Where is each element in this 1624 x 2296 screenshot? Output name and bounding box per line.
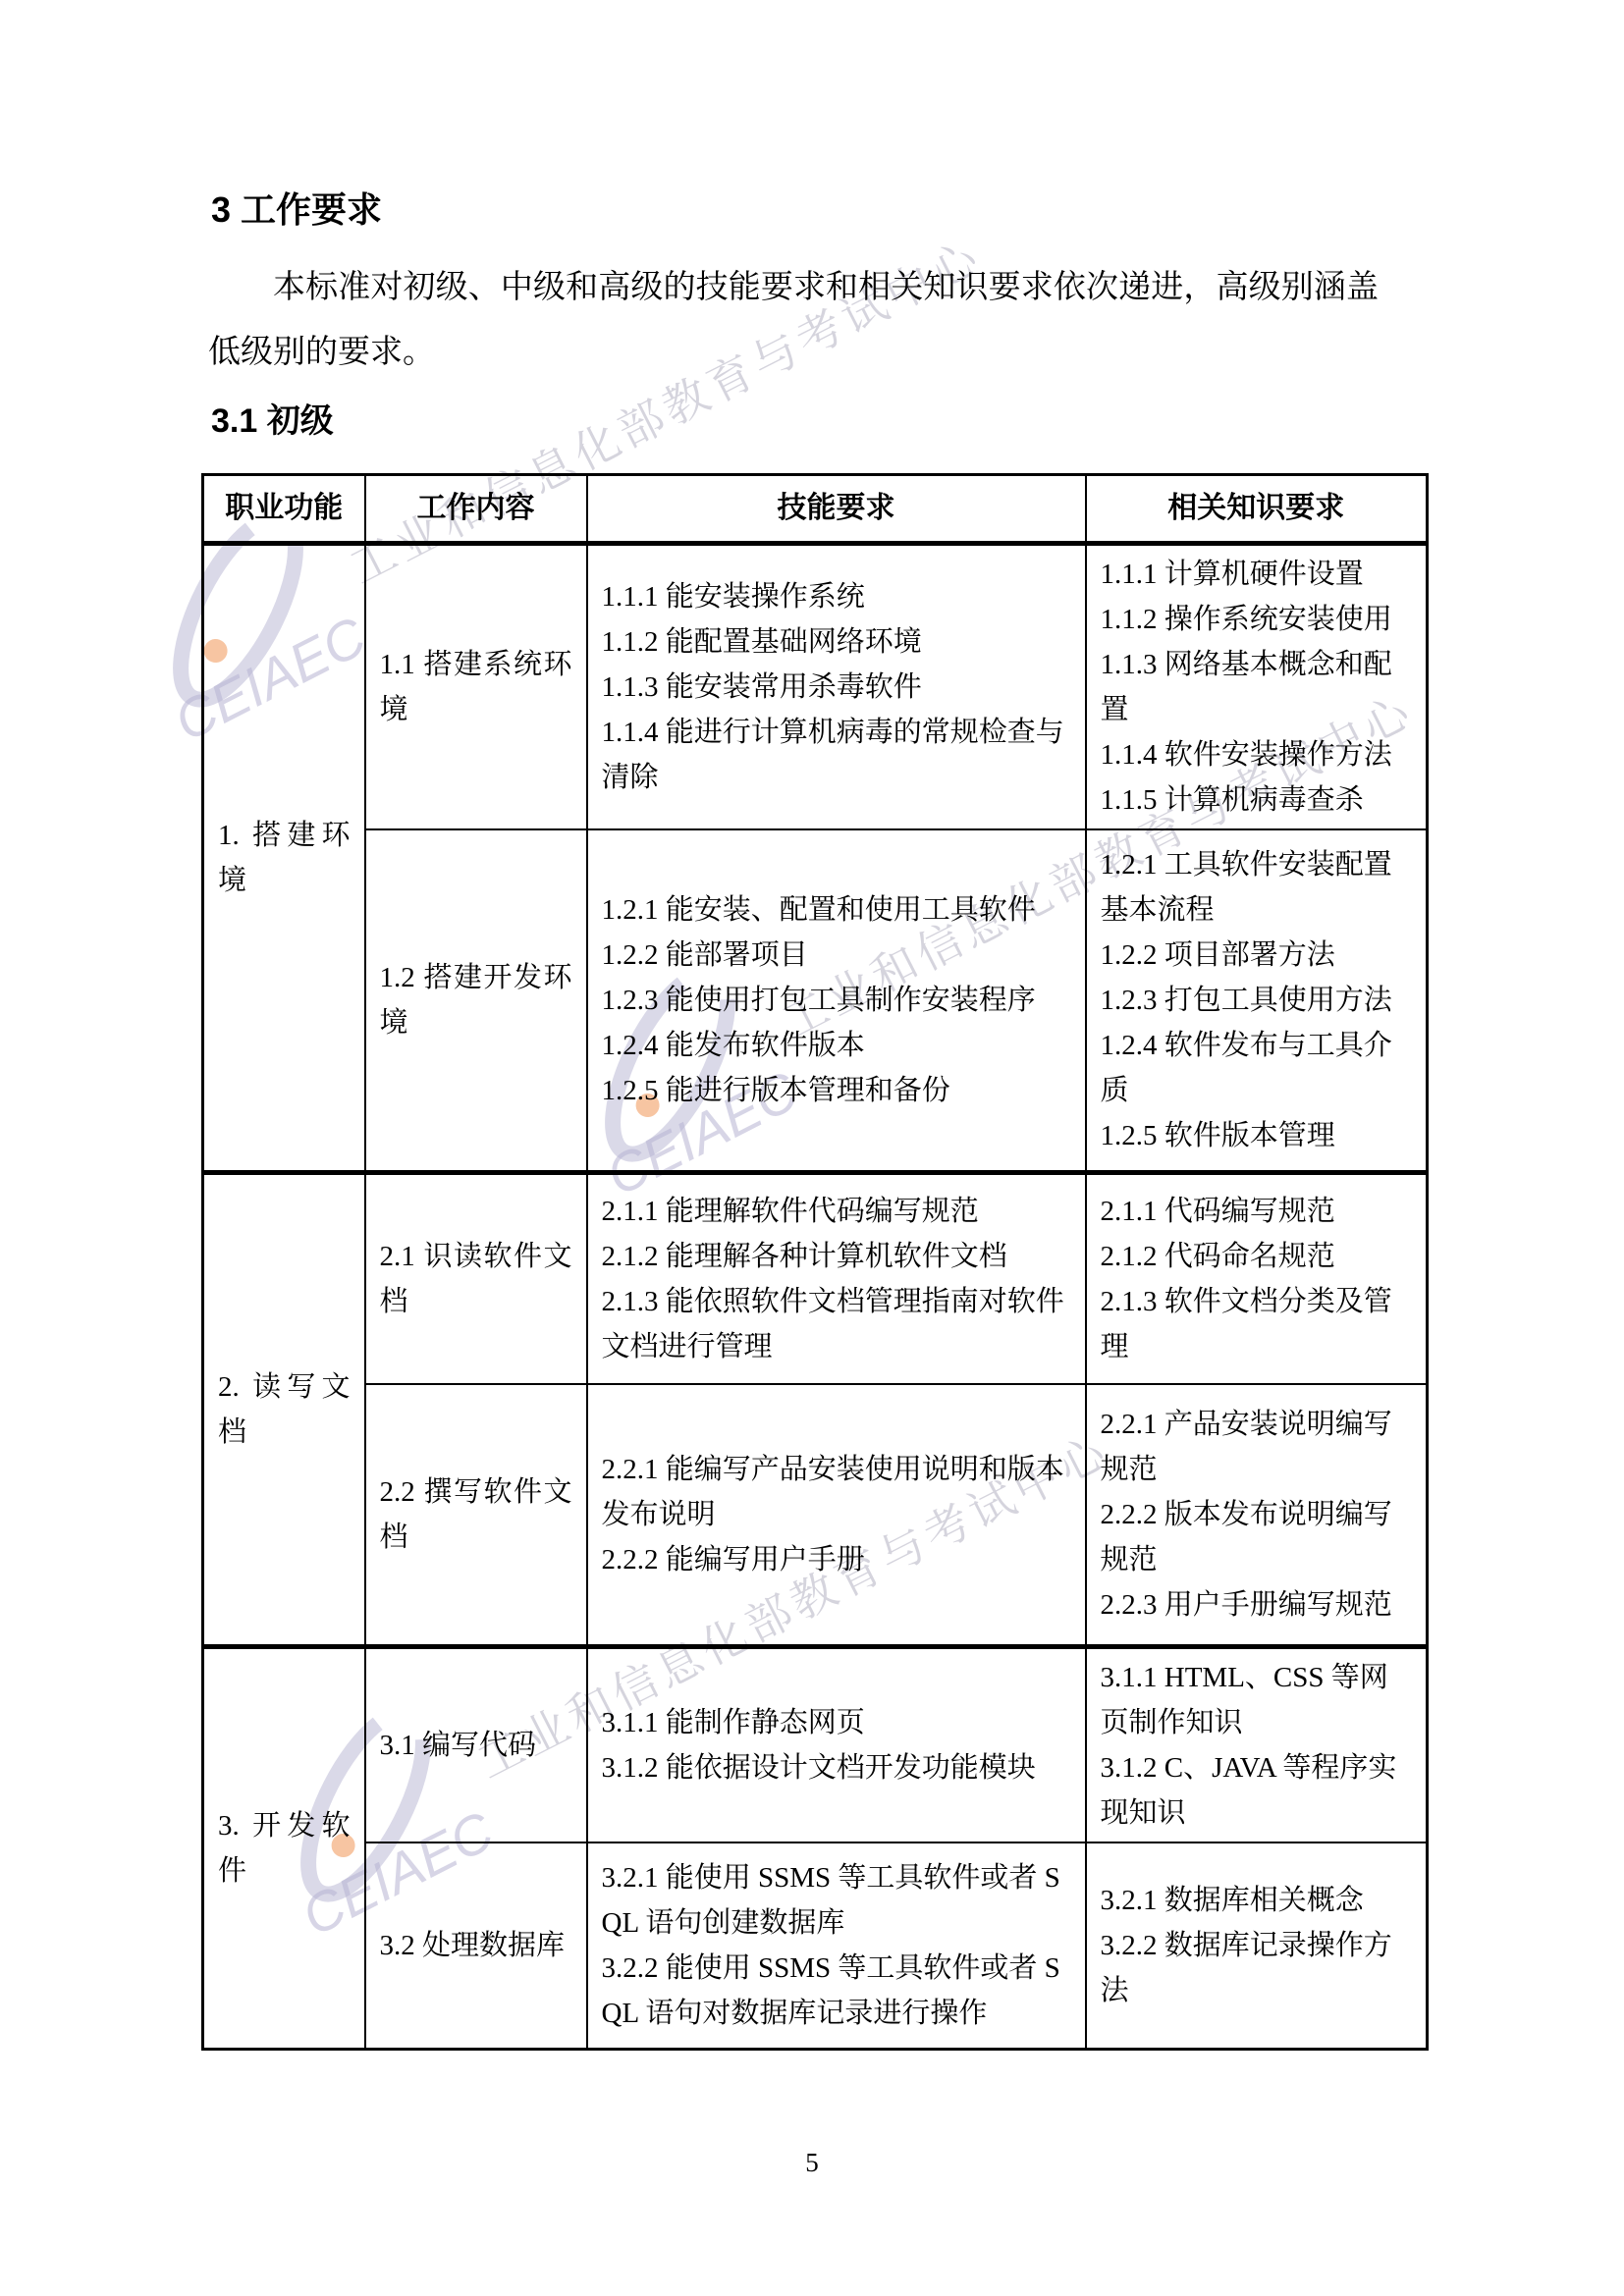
table-row: 3.2 处理数据库3.2.1 能使用 SSMS 等工具软件或者 SQL 语句创建… bbox=[203, 1842, 1428, 2050]
intro-paragraph: 本标准对初级、中级和高级的技能要求和相关知识要求依次递进，高级别涵盖低级别的要求… bbox=[208, 255, 1379, 385]
col-header-knowledge: 相关知识要求 bbox=[1086, 475, 1428, 544]
skill-cell: 2.1.1 能理解软件代码编写规范2.1.2 能理解各种计算机软件文档2.1.3… bbox=[587, 1173, 1086, 1385]
knowledge-item: 1.1.3 网络基本概念和配置 bbox=[1101, 642, 1413, 732]
skill-item: 2.2.1 能编写产品安装使用说明和版本发布说明 bbox=[602, 1447, 1071, 1537]
knowledge-cell: 2.1.1 代码编写规范2.1.2 代码命名规范2.1.3 软件文档分类及管理 bbox=[1086, 1173, 1428, 1385]
knowledge-item: 2.2.2 版本发布说明编写规范 bbox=[1101, 1492, 1413, 1582]
skill-item: 1.2.4 能发布软件版本 bbox=[602, 1023, 1071, 1068]
knowledge-cell: 1.1.1 计算机硬件设置1.1.2 操作系统安装使用1.1.3 网络基本概念和… bbox=[1086, 544, 1428, 830]
knowledge-item: 1.2.3 打包工具使用方法 bbox=[1101, 978, 1413, 1023]
knowledge-item: 2.2.3 用户手册编写规范 bbox=[1101, 1582, 1413, 1628]
knowledge-item: 1.1.1 计算机硬件设置 bbox=[1101, 552, 1413, 597]
skill-item: 3.1.1 能制作静态网页 bbox=[602, 1700, 1071, 1745]
knowledge-item: 1.1.5 计算机病毒查杀 bbox=[1101, 777, 1413, 823]
knowledge-item: 1.1.2 操作系统安装使用 bbox=[1101, 597, 1413, 642]
knowledge-item: 1.2.4 软件发布与工具介质 bbox=[1101, 1023, 1413, 1113]
work-content-cell: 1.2 搭建开发环境 bbox=[365, 829, 587, 1173]
subsection-heading: 3.1 初级 bbox=[211, 400, 334, 442]
skill-item: 1.2.5 能进行版本管理和备份 bbox=[602, 1068, 1071, 1113]
skill-item: 1.1.3 能安装常用杀毒软件 bbox=[602, 665, 1071, 710]
knowledge-item: 2.1.3 软件文档分类及管理 bbox=[1101, 1279, 1413, 1369]
knowledge-item: 3.1.1 HTML、CSS 等网页制作知识 bbox=[1101, 1655, 1413, 1745]
work-content-cell: 3.2 处理数据库 bbox=[365, 1842, 587, 2050]
function-cell: 2. 读写文档 bbox=[203, 1173, 365, 1647]
page-number: 5 bbox=[0, 2148, 1624, 2178]
knowledge-cell: 1.2.1 工具软件安装配置基本流程1.2.2 项目部署方法1.2.3 打包工具… bbox=[1086, 829, 1428, 1173]
knowledge-item: 2.2.1 产品安装说明编写规范 bbox=[1101, 1402, 1413, 1492]
knowledge-item: 3.2.1 数据库相关概念 bbox=[1101, 1878, 1413, 1923]
work-content-cell: 1.1 搭建系统环境 bbox=[365, 544, 587, 830]
col-header-skills: 技能要求 bbox=[587, 475, 1086, 544]
knowledge-cell: 2.2.1 产品安装说明编写规范2.2.2 版本发布说明编写规范2.2.3 用户… bbox=[1086, 1384, 1428, 1647]
table-header-row: 职业功能 工作内容 技能要求 相关知识要求 bbox=[203, 475, 1428, 544]
skill-item: 2.2.2 能编写用户手册 bbox=[602, 1537, 1071, 1582]
skill-cell: 2.2.1 能编写产品安装使用说明和版本发布说明2.2.2 能编写用户手册 bbox=[587, 1384, 1086, 1647]
knowledge-item: 1.1.4 软件安装操作方法 bbox=[1101, 732, 1413, 777]
skill-item: 3.2.1 能使用 SSMS 等工具软件或者 SQL 语句创建数据库 bbox=[602, 1855, 1071, 1946]
skill-item: 3.2.2 能使用 SSMS 等工具软件或者 SQL 语句对数据库记录进行操作 bbox=[602, 1946, 1071, 2036]
requirements-table: 职业功能 工作内容 技能要求 相关知识要求 1. 搭建环境1.1 搭建系统环境1… bbox=[201, 473, 1429, 2051]
skill-cell: 1.2.1 能安装、配置和使用工具软件1.2.2 能部署项目1.2.3 能使用打… bbox=[587, 829, 1086, 1173]
knowledge-item: 1.2.5 软件版本管理 bbox=[1101, 1113, 1413, 1158]
knowledge-item: 3.1.2 C、JAVA 等程序实现知识 bbox=[1101, 1745, 1413, 1836]
knowledge-item: 2.1.2 代码命名规范 bbox=[1101, 1234, 1413, 1279]
skill-item: 1.2.1 能安装、配置和使用工具软件 bbox=[602, 887, 1071, 933]
skill-item: 2.1.3 能依照软件文档管理指南对软件文档进行管理 bbox=[602, 1279, 1071, 1369]
skill-item: 2.1.1 能理解软件代码编写规范 bbox=[602, 1189, 1071, 1234]
skill-cell: 3.2.1 能使用 SSMS 等工具软件或者 SQL 语句创建数据库3.2.2 … bbox=[587, 1842, 1086, 2050]
table-row: 1. 搭建环境1.1 搭建系统环境1.1.1 能安装操作系统1.1.2 能配置基… bbox=[203, 544, 1428, 830]
table-row: 2.2 撰写软件文档2.2.1 能编写产品安装使用说明和版本发布说明2.2.2 … bbox=[203, 1384, 1428, 1647]
table-row: 1.2 搭建开发环境1.2.1 能安装、配置和使用工具软件1.2.2 能部署项目… bbox=[203, 829, 1428, 1173]
skill-item: 3.1.2 能依据设计文档开发功能模块 bbox=[602, 1745, 1071, 1790]
function-cell: 3. 开发软件 bbox=[203, 1647, 365, 2050]
knowledge-item: 2.1.1 代码编写规范 bbox=[1101, 1189, 1413, 1234]
function-cell: 1. 搭建环境 bbox=[203, 544, 365, 1173]
knowledge-item: 1.2.2 项目部署方法 bbox=[1101, 933, 1413, 978]
work-content-cell: 2.1 识读软件文档 bbox=[365, 1173, 587, 1385]
skill-cell: 1.1.1 能安装操作系统1.1.2 能配置基础网络环境1.1.3 能安装常用杀… bbox=[587, 544, 1086, 830]
table-row: 2. 读写文档2.1 识读软件文档2.1.1 能理解软件代码编写规范2.1.2 … bbox=[203, 1173, 1428, 1385]
work-content-cell: 2.2 撰写软件文档 bbox=[365, 1384, 587, 1647]
knowledge-cell: 3.1.1 HTML、CSS 等网页制作知识3.1.2 C、JAVA 等程序实现… bbox=[1086, 1647, 1428, 1843]
knowledge-cell: 3.2.1 数据库相关概念3.2.2 数据库记录操作方法 bbox=[1086, 1842, 1428, 2050]
col-header-work-content: 工作内容 bbox=[365, 475, 587, 544]
knowledge-item: 1.2.1 工具软件安装配置基本流程 bbox=[1101, 842, 1413, 933]
knowledge-item: 3.2.2 数据库记录操作方法 bbox=[1101, 1923, 1413, 2013]
table-row: 3. 开发软件3.1 编写代码3.1.1 能制作静态网页3.1.2 能依据设计文… bbox=[203, 1647, 1428, 1843]
skill-item: 1.1.2 能配置基础网络环境 bbox=[602, 619, 1071, 665]
col-header-function: 职业功能 bbox=[203, 475, 365, 544]
work-content-cell: 3.1 编写代码 bbox=[365, 1647, 587, 1843]
skill-item: 1.2.3 能使用打包工具制作安装程序 bbox=[602, 978, 1071, 1023]
section-heading: 3 工作要求 bbox=[211, 188, 382, 232]
skill-item: 2.1.2 能理解各种计算机软件文档 bbox=[602, 1234, 1071, 1279]
skill-item: 1.2.2 能部署项目 bbox=[602, 933, 1071, 978]
skill-item: 1.1.4 能进行计算机病毒的常规检查与清除 bbox=[602, 710, 1071, 800]
skill-item: 1.1.1 能安装操作系统 bbox=[602, 574, 1071, 619]
skill-cell: 3.1.1 能制作静态网页3.1.2 能依据设计文档开发功能模块 bbox=[587, 1647, 1086, 1843]
